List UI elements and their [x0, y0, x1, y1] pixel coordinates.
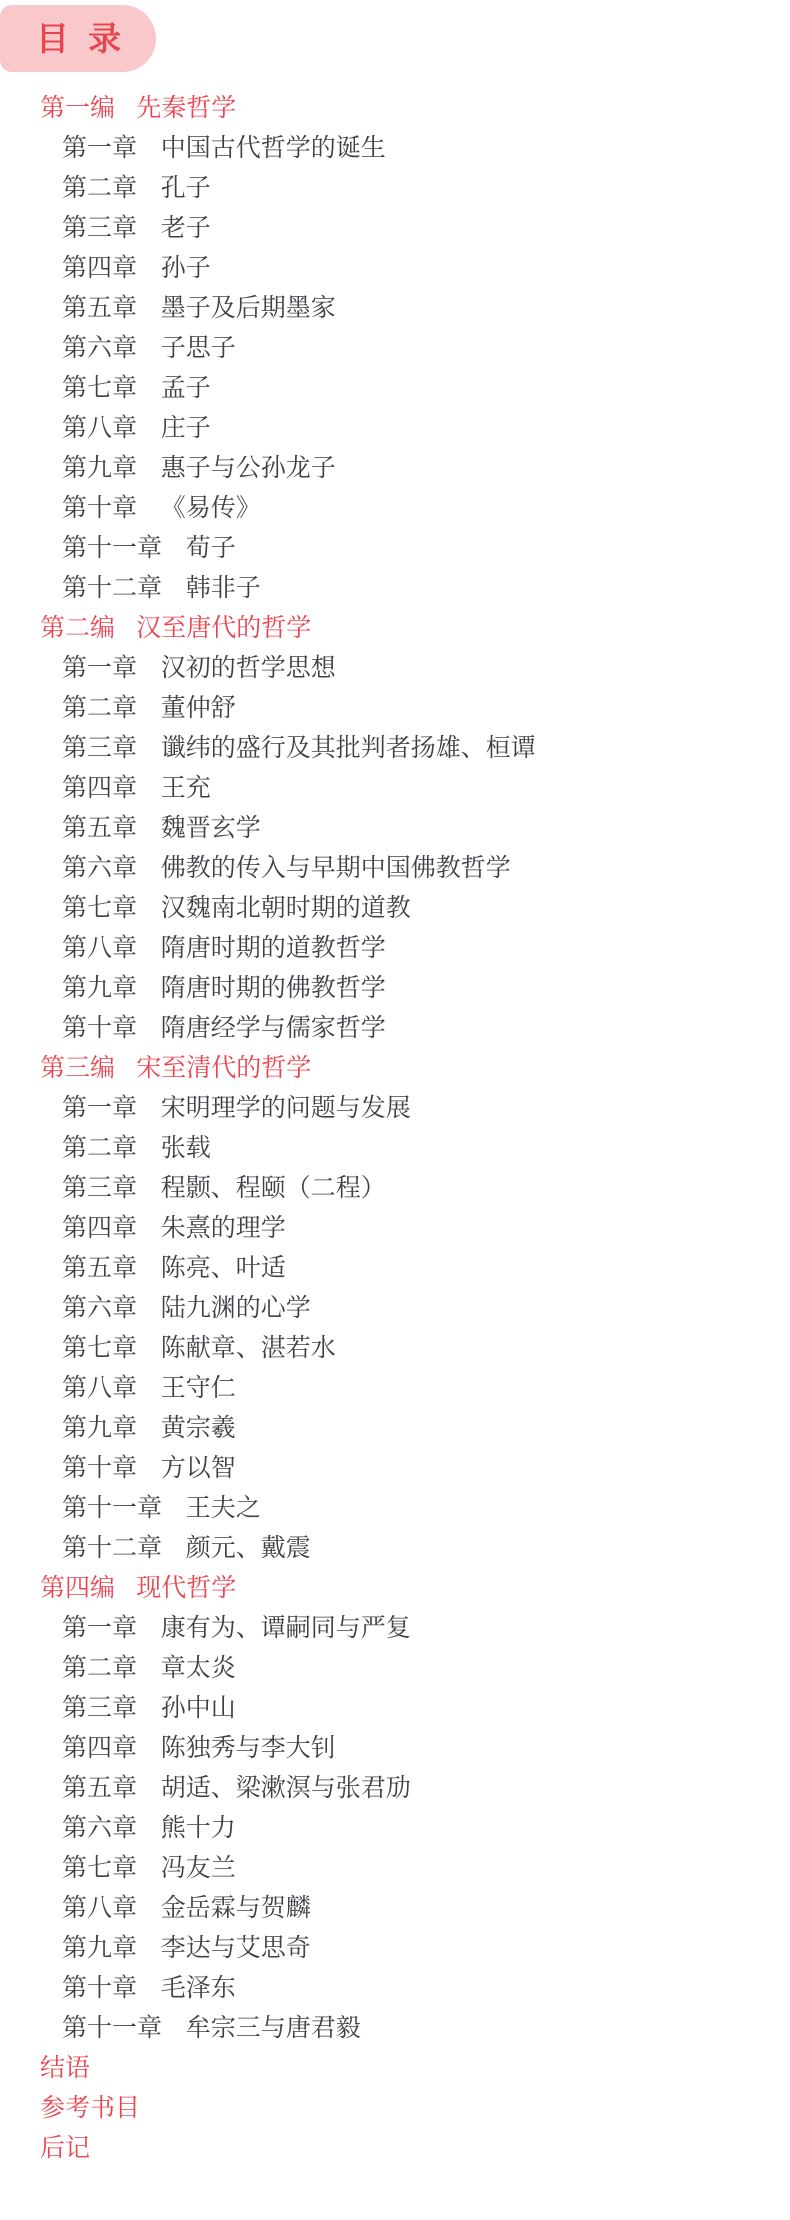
end-item-label: 结语	[40, 2054, 90, 2082]
chapter-row: 第十二章颜元、戴震	[0, 1528, 790, 1568]
section-header-row: 第二编汉至唐代的哲学	[0, 608, 790, 648]
chapter-number: 第十章	[62, 1454, 137, 1482]
chapter-row: 第二章张载	[0, 1128, 790, 1168]
chapter-row: 第三章谶纬的盛行及其批判者扬雄、桓谭	[0, 728, 790, 768]
chapter-title: 孙子	[161, 254, 211, 282]
chapter-number: 第十一章	[62, 534, 162, 562]
chapter-number: 第九章	[62, 454, 137, 482]
chapter-title: 颜元、戴震	[186, 1534, 311, 1562]
chapter-title: 康有为、谭嗣同与严复	[161, 1614, 411, 1642]
chapter-title: 庄子	[161, 414, 211, 442]
chapter-title: 宋明理学的问题与发展	[161, 1094, 411, 1122]
chapter-row: 第六章子思子	[0, 328, 790, 368]
chapter-title: 陈独秀与李大钊	[161, 1734, 336, 1762]
chapter-title: 荀子	[186, 534, 236, 562]
chapter-number: 第三章	[62, 214, 137, 242]
chapter-number: 第一章	[62, 1094, 137, 1122]
chapter-title: 孙中山	[161, 1694, 236, 1722]
chapter-title: 汉魏南北朝时期的道教	[161, 894, 411, 922]
chapter-number: 第五章	[62, 294, 137, 322]
chapter-row: 第三章程颢、程颐（二程）	[0, 1168, 790, 1208]
chapter-row: 第五章墨子及后期墨家	[0, 288, 790, 328]
chapter-row: 第十章隋唐经学与儒家哲学	[0, 1008, 790, 1048]
chapter-title: 冯友兰	[161, 1854, 236, 1882]
chapter-row: 第八章隋唐时期的道教哲学	[0, 928, 790, 968]
chapter-number: 第十章	[62, 1014, 137, 1042]
chapter-row: 第一章宋明理学的问题与发展	[0, 1088, 790, 1128]
chapter-title: 朱熹的理学	[161, 1214, 286, 1242]
chapter-row: 第三章孙中山	[0, 1688, 790, 1728]
chapter-row: 第七章孟子	[0, 368, 790, 408]
chapter-title: 老子	[161, 214, 211, 242]
chapter-number: 第六章	[62, 334, 137, 362]
chapter-title: 陆九渊的心学	[161, 1294, 311, 1322]
chapter-row: 第四章朱熹的理学	[0, 1208, 790, 1248]
chapter-row: 第一章中国古代哲学的诞生	[0, 128, 790, 168]
chapter-number: 第五章	[62, 1774, 137, 1802]
chapter-number: 第四章	[62, 1734, 137, 1762]
chapter-row: 第十一章荀子	[0, 528, 790, 568]
chapter-title: 方以智	[161, 1454, 236, 1482]
chapter-number: 第七章	[62, 374, 137, 402]
chapter-row: 第五章胡适、梁漱溟与张君劢	[0, 1768, 790, 1808]
chapter-row: 第十章方以智	[0, 1448, 790, 1488]
toc-page: 目 录 第一编先秦哲学第一章中国古代哲学的诞生第二章孔子第三章老子第四章孙子第五…	[0, 5, 790, 2168]
chapter-title: 孟子	[161, 374, 211, 402]
end-item-label: 后记	[40, 2134, 90, 2162]
chapter-number: 第二章	[62, 1134, 137, 1162]
chapter-row: 第十章毛泽东	[0, 1968, 790, 2008]
chapter-row: 第十章《易传》	[0, 488, 790, 528]
chapter-title: 李达与艾思奇	[161, 1934, 311, 1962]
chapter-row: 第四章王充	[0, 768, 790, 808]
chapter-number: 第七章	[62, 1334, 137, 1362]
chapter-number: 第八章	[62, 1894, 137, 1922]
chapter-number: 第二章	[62, 694, 137, 722]
chapter-title: 张载	[161, 1134, 211, 1162]
toc-badge-label: 目 录	[36, 22, 121, 55]
chapter-number: 第八章	[62, 934, 137, 962]
chapter-number: 第十一章	[62, 2014, 162, 2042]
chapter-title: 隋唐时期的道教哲学	[161, 934, 386, 962]
chapter-row: 第九章黄宗羲	[0, 1408, 790, 1448]
chapter-title: 程颢、程颐（二程）	[161, 1174, 386, 1202]
toc-list: 第一编先秦哲学第一章中国古代哲学的诞生第二章孔子第三章老子第四章孙子第五章墨子及…	[0, 88, 790, 2168]
chapter-title: 章太炎	[161, 1654, 236, 1682]
end-item-row: 参考书目	[0, 2088, 790, 2128]
chapter-title: 中国古代哲学的诞生	[161, 134, 386, 162]
toc-badge: 目 录	[0, 5, 156, 72]
section-title: 汉至唐代的哲学	[136, 614, 311, 642]
chapter-number: 第四章	[62, 1214, 137, 1242]
chapter-row: 第一章汉初的哲学思想	[0, 648, 790, 688]
chapter-title: 佛教的传入与早期中国佛教哲学	[161, 854, 511, 882]
chapter-number: 第八章	[62, 1374, 137, 1402]
chapter-row: 第十二章韩非子	[0, 568, 790, 608]
chapter-title: 孔子	[161, 174, 211, 202]
chapter-number: 第六章	[62, 1294, 137, 1322]
chapter-title: 董仲舒	[161, 694, 236, 722]
chapter-number: 第三章	[62, 1694, 137, 1722]
chapter-row: 第八章庄子	[0, 408, 790, 448]
chapter-number: 第一章	[62, 1614, 137, 1642]
end-item-label: 参考书目	[40, 2094, 140, 2122]
chapter-title: 金岳霖与贺麟	[161, 1894, 311, 1922]
chapter-row: 第九章惠子与公孙龙子	[0, 448, 790, 488]
chapter-row: 第九章李达与艾思奇	[0, 1928, 790, 1968]
section-number: 第三编	[40, 1054, 115, 1082]
chapter-row: 第五章陈亮、叶适	[0, 1248, 790, 1288]
chapter-row: 第五章魏晋玄学	[0, 808, 790, 848]
section-number: 第二编	[40, 614, 115, 642]
chapter-row: 第三章老子	[0, 208, 790, 248]
chapter-number: 第六章	[62, 1814, 137, 1842]
chapter-title: 惠子与公孙龙子	[161, 454, 336, 482]
section-title: 宋至清代的哲学	[136, 1054, 311, 1082]
chapter-title: 《易传》	[161, 494, 261, 522]
chapter-title: 牟宗三与唐君毅	[186, 2014, 361, 2042]
chapter-title: 陈亮、叶适	[161, 1254, 286, 1282]
chapter-title: 陈献章、湛若水	[161, 1334, 336, 1362]
chapter-number: 第八章	[62, 414, 137, 442]
chapter-number: 第十章	[62, 1974, 137, 2002]
chapter-number: 第四章	[62, 254, 137, 282]
section-title: 先秦哲学	[136, 94, 236, 122]
chapter-title: 毛泽东	[161, 1974, 236, 2002]
chapter-number: 第五章	[62, 814, 137, 842]
chapter-number: 第十二章	[62, 1534, 162, 1562]
chapter-number: 第三章	[62, 1174, 137, 1202]
chapter-number: 第十二章	[62, 574, 162, 602]
chapter-row: 第八章王守仁	[0, 1368, 790, 1408]
chapter-row: 第十一章王夫之	[0, 1488, 790, 1528]
chapter-title: 韩非子	[186, 574, 261, 602]
chapter-title: 墨子及后期墨家	[161, 294, 336, 322]
section-header-row: 第三编宋至清代的哲学	[0, 1048, 790, 1088]
chapter-row: 第十一章牟宗三与唐君毅	[0, 2008, 790, 2048]
chapter-number: 第九章	[62, 974, 137, 1002]
chapter-number: 第九章	[62, 1414, 137, 1442]
chapter-row: 第六章佛教的传入与早期中国佛教哲学	[0, 848, 790, 888]
chapter-title: 熊十力	[161, 1814, 236, 1842]
chapter-number: 第六章	[62, 854, 137, 882]
chapter-row: 第九章隋唐时期的佛教哲学	[0, 968, 790, 1008]
section-number: 第一编	[40, 94, 115, 122]
chapter-number: 第九章	[62, 1934, 137, 1962]
chapter-number: 第五章	[62, 1254, 137, 1282]
section-header-row: 第一编先秦哲学	[0, 88, 790, 128]
chapter-number: 第七章	[62, 894, 137, 922]
chapter-row: 第八章金岳霖与贺麟	[0, 1888, 790, 1928]
chapter-number: 第十章	[62, 494, 137, 522]
chapter-row: 第四章孙子	[0, 248, 790, 288]
chapter-title: 魏晋玄学	[161, 814, 261, 842]
chapter-title: 王夫之	[186, 1494, 261, 1522]
chapter-title: 胡适、梁漱溟与张君劢	[161, 1774, 411, 1802]
chapter-row: 第一章康有为、谭嗣同与严复	[0, 1608, 790, 1648]
chapter-row: 第七章汉魏南北朝时期的道教	[0, 888, 790, 928]
chapter-row: 第二章孔子	[0, 168, 790, 208]
chapter-row: 第七章冯友兰	[0, 1848, 790, 1888]
chapter-row: 第六章熊十力	[0, 1808, 790, 1848]
chapter-title: 王守仁	[161, 1374, 236, 1402]
chapter-number: 第三章	[62, 734, 137, 762]
chapter-number: 第一章	[62, 134, 137, 162]
chapter-title: 黄宗羲	[161, 1414, 236, 1442]
chapter-title: 谶纬的盛行及其批判者扬雄、桓谭	[161, 734, 536, 762]
chapter-title: 隋唐经学与儒家哲学	[161, 1014, 386, 1042]
end-item-row: 后记	[0, 2128, 790, 2168]
chapter-number: 第二章	[62, 174, 137, 202]
chapter-number: 第十一章	[62, 1494, 162, 1522]
end-item-row: 结语	[0, 2048, 790, 2088]
chapter-row: 第六章陆九渊的心学	[0, 1288, 790, 1328]
chapter-title: 子思子	[161, 334, 236, 362]
chapter-title: 汉初的哲学思想	[161, 654, 336, 682]
chapter-number: 第四章	[62, 774, 137, 802]
chapter-row: 第二章董仲舒	[0, 688, 790, 728]
section-number: 第四编	[40, 1574, 115, 1602]
chapter-title: 隋唐时期的佛教哲学	[161, 974, 386, 1002]
chapter-number: 第二章	[62, 1654, 137, 1682]
chapter-title: 王充	[161, 774, 211, 802]
section-title: 现代哲学	[136, 1574, 236, 1602]
chapter-number: 第七章	[62, 1854, 137, 1882]
chapter-row: 第四章陈独秀与李大钊	[0, 1728, 790, 1768]
chapter-number: 第一章	[62, 654, 137, 682]
chapter-row: 第七章陈献章、湛若水	[0, 1328, 790, 1368]
section-header-row: 第四编现代哲学	[0, 1568, 790, 1608]
chapter-row: 第二章章太炎	[0, 1648, 790, 1688]
